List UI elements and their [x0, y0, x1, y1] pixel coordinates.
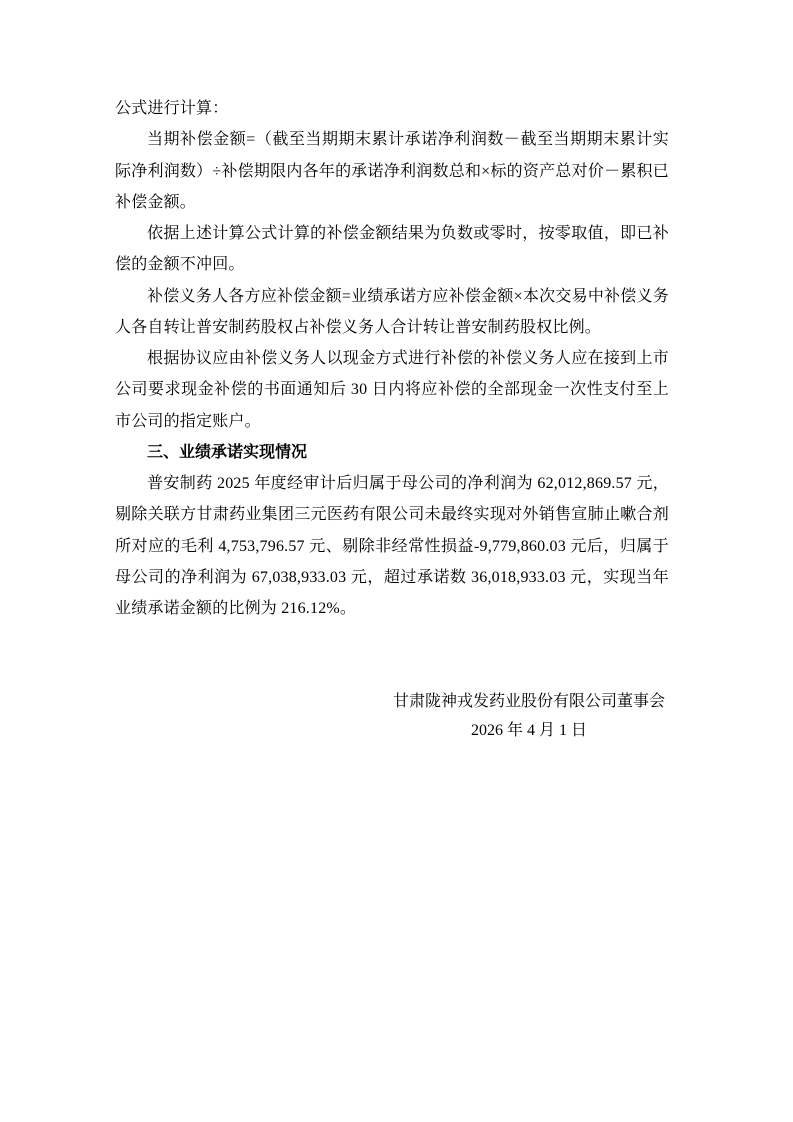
signature-company-name: 甘肃陇神戎发药业股份有限公司董事会 — [389, 687, 669, 716]
signature-date: 2026 年 4 月 1 日 — [389, 716, 669, 745]
paragraph-zero-value-rule: 依据上述计算公式计算的补偿金额结果为负数或零时，按零取值，即已补偿的金额不冲回。 — [115, 218, 669, 281]
paragraph-cash-payment-terms: 根据协议应由补偿义务人以现金方式进行补偿的补偿义务人应在接到上市公司要求现金补偿… — [115, 343, 669, 437]
section-heading-performance-commitment: 三、业绩承诺实现情况 — [115, 437, 669, 468]
paragraph-compensation-formula: 当期补偿金额=（截至当期期末累计承诺净利润数－截至当期期末累计实际净利润数）÷补… — [115, 124, 669, 218]
signature-block: 甘肃陇神戎发药业股份有限公司董事会 2026 年 4 月 1 日 — [389, 687, 669, 745]
paragraph-performance-results: 普安制药 2025 年度经审计后归属于母公司的净利润为 62,012,869.5… — [115, 468, 669, 624]
paragraph-obligor-allocation: 补偿义务人各方应补偿金额=业绩承诺方应补偿金额×本次交易中补偿义务人各自转让普安… — [115, 281, 669, 344]
document-body: 公式进行计算： 当期补偿金额=（截至当期期末累计承诺净利润数－截至当期期末累计实… — [115, 93, 669, 745]
paragraph-formula-intro: 公式进行计算： — [115, 93, 669, 124]
document-page: 公式进行计算： 当期补偿金额=（截至当期期末累计承诺净利润数－截至当期期末累计实… — [0, 0, 793, 1122]
